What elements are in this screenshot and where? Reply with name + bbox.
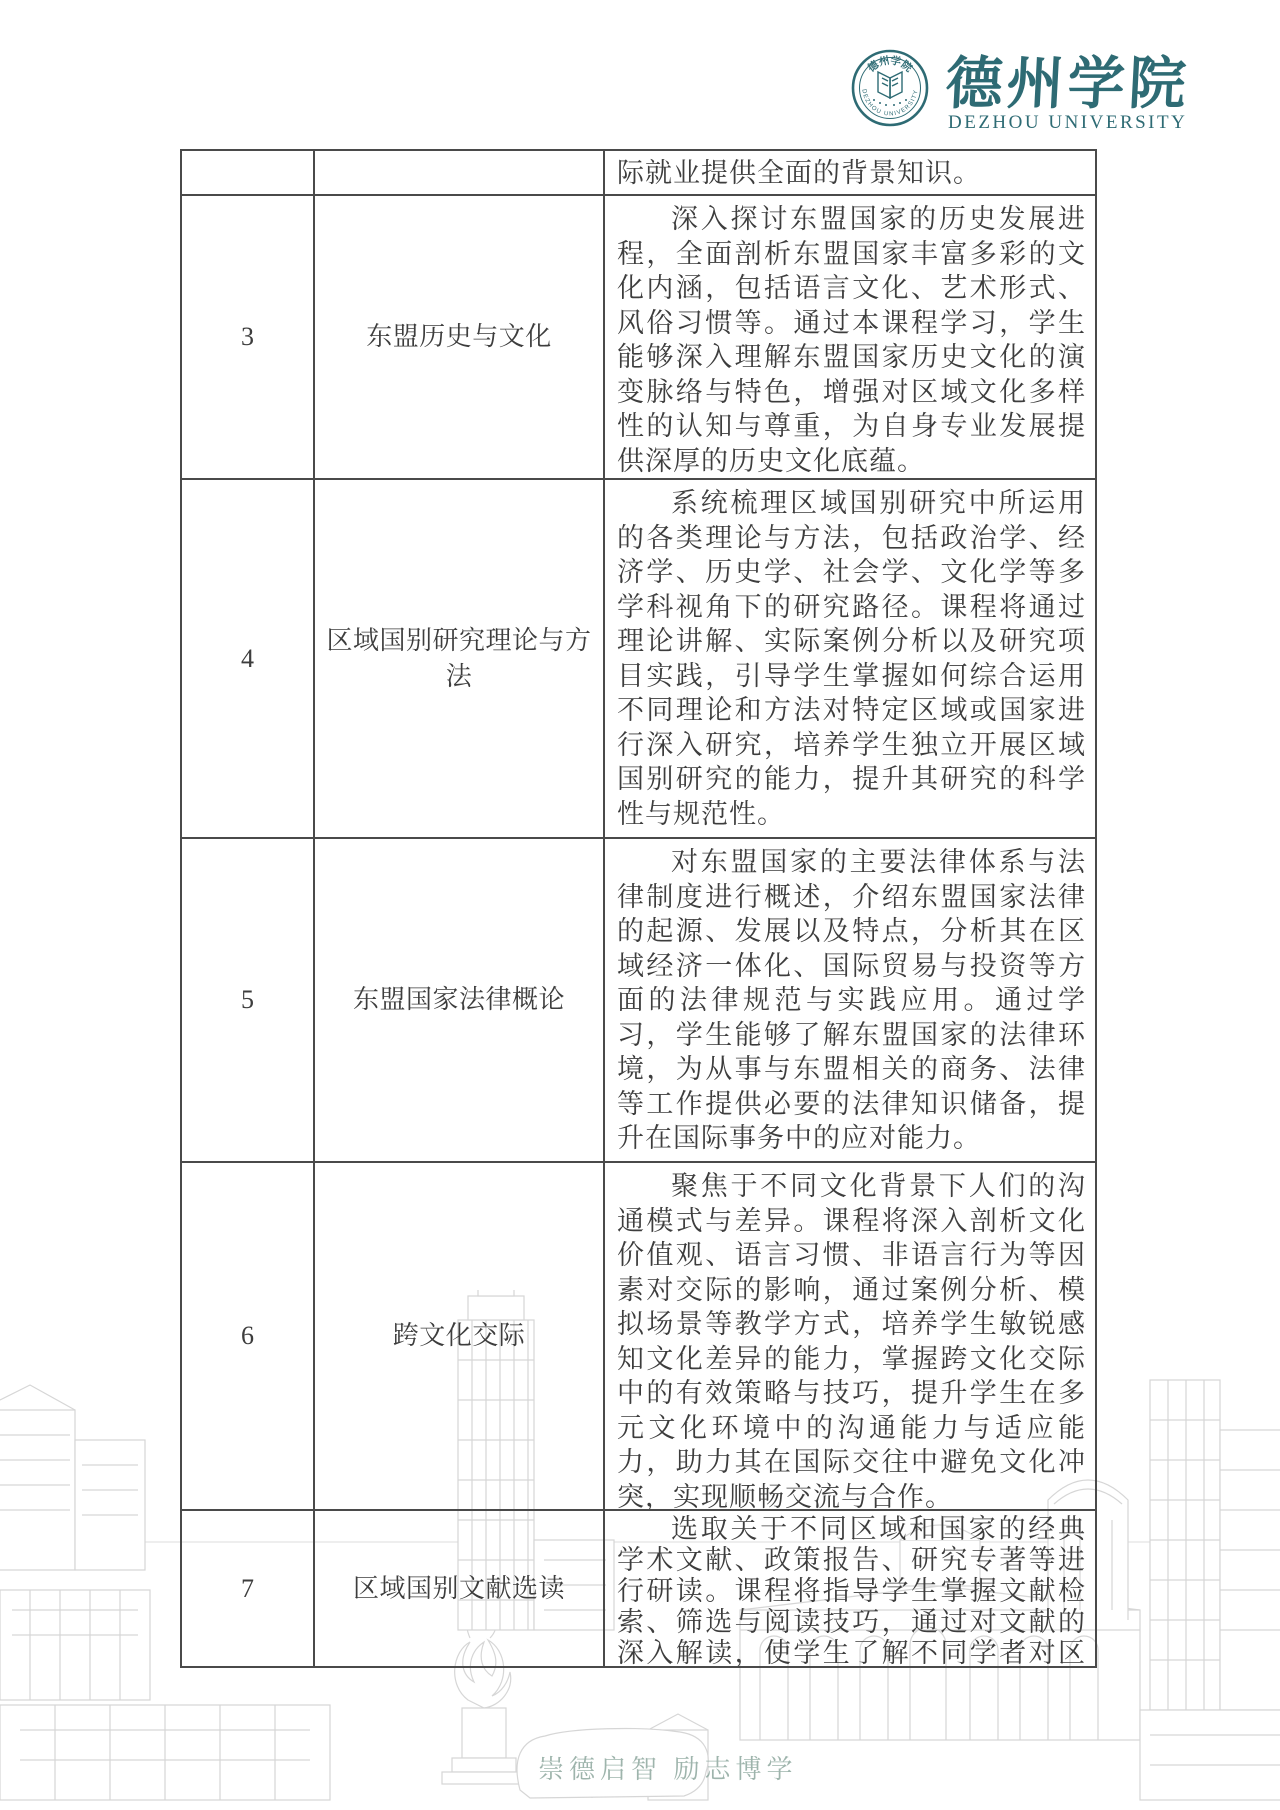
table-row: 7 区域国别文献选读 选取关于不同区域和国家的经典学术文献、政策报告、研究专著等…: [182, 1511, 1095, 1666]
trees-sketch: [524, 1740, 647, 1798]
cell-course-name: 跨文化交际: [315, 1163, 605, 1509]
cell-number: [182, 151, 315, 194]
university-name-english: DEZHOU UNIVERSITY: [948, 112, 1187, 134]
course-description-table: 际就业提供全面的背景知识。 3 东盟历史与文化 深入探讨东盟国家的历史发展进程，…: [180, 149, 1097, 1668]
table-row: 3 东盟历史与文化 深入探讨东盟国家的历史发展进程，全面剖析东盟国家丰富多彩的文…: [182, 196, 1095, 480]
inscription-stone-sketch: 崇德启智 励志博学: [517, 1729, 798, 1798]
cell-number: 5: [182, 839, 315, 1161]
university-seal-icon: 德州学院 DEZHOU UNIVERSITY: [850, 48, 930, 128]
cell-description: 聚焦于不同文化背景下人们的沟通模式与差异。课程将深入剖析文化价值观、语言习惯、非…: [605, 1163, 1095, 1509]
right-buildings-sketch: [1140, 1380, 1280, 1800]
table-row: 5 东盟国家法律概论 对东盟国家的主要法律体系与法律制度进行概述，介绍东盟国家法…: [182, 839, 1095, 1163]
watermark-motto-text: 崇德启智 励志博学: [538, 1755, 798, 1784]
cell-course-name: [315, 151, 605, 194]
document-page: { "logo": { "emblem_ring_top": "德州学院", "…: [0, 0, 1280, 1810]
cell-course-name: 区域国别研究理论与方法: [315, 480, 605, 837]
cell-number: 7: [182, 1511, 315, 1666]
cell-number: 3: [182, 196, 315, 478]
university-wordmark: 德州学院: [944, 38, 1198, 120]
cell-description: 际就业提供全面的背景知识。: [605, 151, 1095, 194]
cell-course-name: 东盟历史与文化: [315, 196, 605, 478]
cell-description: 系统梳理区域国别研究中所运用的各类理论与方法，包括政治学、经济学、历史学、社会学…: [605, 480, 1095, 837]
cell-course-name: 东盟国家法律概论: [315, 839, 605, 1161]
gate-building-sketch: [648, 1714, 708, 1800]
cell-number: 4: [182, 480, 315, 837]
cell-description: 对东盟国家的主要法律体系与法律制度进行概述，介绍东盟国家法律的起源、发展以及特点…: [605, 839, 1095, 1161]
cell-course-name: 区域国别文献选读: [315, 1511, 605, 1666]
cell-description: 深入探讨东盟国家的历史发展进程，全面剖析东盟国家丰富多彩的文化内涵，包括语言文化…: [605, 196, 1095, 478]
table-row: 4 区域国别研究理论与方法 系统梳理区域国别研究中所运用的各类理论与方法，包括政…: [182, 480, 1095, 839]
table-row-carryover: 际就业提供全面的背景知识。: [182, 151, 1095, 196]
table-row: 6 跨文化交际 聚焦于不同文化背景下人们的沟通模式与差异。课程将深入剖析文化价值…: [182, 1163, 1095, 1511]
cell-description: 选取关于不同区域和国家的经典学术文献、政策报告、研究专著等进行研读。课程将指导学…: [605, 1511, 1095, 1666]
cell-number: 6: [182, 1163, 315, 1509]
university-logo: 德州学院 DEZHOU UNIVERSITY 德州学院 DEZHOU UNIVE…: [850, 44, 1200, 140]
